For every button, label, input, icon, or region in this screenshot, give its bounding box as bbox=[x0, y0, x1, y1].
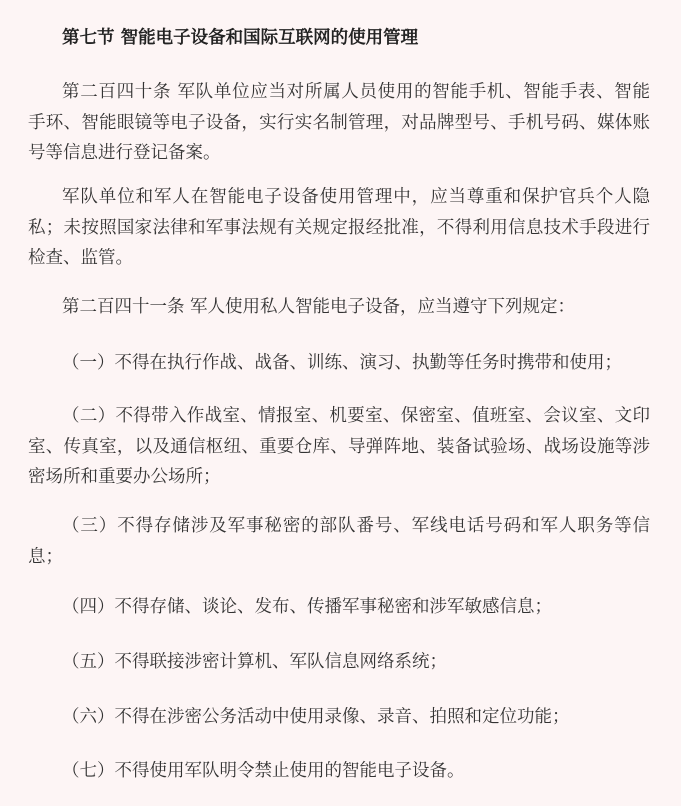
text-line: （三）不得存储涉及军事秘密的部队番号、军线电话号码和军人职务等信 bbox=[28, 511, 650, 542]
text-line: （六）不得在涉密公务活动中使用录像、录音、拍照和定位功能； bbox=[28, 702, 658, 733]
rule-item-2: （二）不得带入作战室、情报室、机要室、保密室、值班室、会议室、文印 室、传真室，… bbox=[28, 401, 658, 493]
rule-item-5: （五）不得联接涉密计算机、军队信息网络系统； bbox=[28, 647, 658, 678]
document-page: 第七节 智能电子设备和国际互联网的使用管理 第二百四十条 军队单位应当对所属人员… bbox=[0, 0, 681, 806]
text-line: （七）不得使用军队明令禁止使用的智能电子设备。 bbox=[28, 756, 658, 787]
rule-item-3: （三）不得存储涉及军事秘密的部队番号、军线电话号码和军人职务等信 息； bbox=[28, 511, 658, 572]
text-line: （二）不得带入作战室、情报室、机要室、保密室、值班室、会议室、文印 bbox=[28, 401, 650, 432]
text-line: 息； bbox=[28, 542, 658, 573]
text-line: （五）不得联接涉密计算机、军队信息网络系统； bbox=[28, 647, 658, 678]
text-line: 第二百四十条 军队单位应当对所属人员使用的智能手机、智能手表、智能 bbox=[28, 77, 650, 108]
article-241-paragraph: 第二百四十一条 军人使用私人智能电子设备，应当遵守下列规定： bbox=[28, 292, 658, 323]
text-line: 室、传真室，以及通信枢纽、重要仓库、导弹阵地、装备试验场、战场设施等涉 bbox=[28, 432, 650, 463]
text-line: 号等信息进行登记备案。 bbox=[28, 138, 658, 169]
text-line: 私；未按照国家法律和军事法规有关规定报经批准，不得利用信息技术手段进行 bbox=[28, 213, 650, 244]
text-line: 检查、监管。 bbox=[28, 243, 658, 274]
rule-item-6: （六）不得在涉密公务活动中使用录像、录音、拍照和定位功能； bbox=[28, 702, 658, 733]
rule-item-1: （一）不得在执行作战、战备、训练、演习、执勤等任务时携带和使用； bbox=[28, 348, 658, 379]
section-title: 第七节 智能电子设备和国际互联网的使用管理 bbox=[62, 26, 418, 50]
rule-item-4: （四）不得存储、谈论、发布、传播军事秘密和涉军敏感信息； bbox=[28, 592, 658, 623]
text-line: （一）不得在执行作战、战备、训练、演习、执勤等任务时携带和使用； bbox=[28, 348, 658, 379]
text-line: 密场所和重要办公场所； bbox=[28, 462, 658, 493]
rule-item-7: （七）不得使用军队明令禁止使用的智能电子设备。 bbox=[28, 756, 658, 787]
article-240-paragraph-1: 第二百四十条 军队单位应当对所属人员使用的智能手机、智能手表、智能 手环、智能眼… bbox=[28, 77, 658, 169]
text-line: 手环、智能眼镜等电子设备，实行实名制管理，对品牌型号、手机号码、媒体账 bbox=[28, 108, 650, 139]
text-line: 军队单位和军人在智能电子设备使用管理中，应当尊重和保护官兵个人隐 bbox=[28, 182, 650, 213]
article-240-paragraph-2: 军队单位和军人在智能电子设备使用管理中，应当尊重和保护官兵个人隐 私；未按照国家… bbox=[28, 182, 658, 274]
text-line: （四）不得存储、谈论、发布、传播军事秘密和涉军敏感信息； bbox=[28, 592, 658, 623]
text-line: 第二百四十一条 军人使用私人智能电子设备，应当遵守下列规定： bbox=[28, 292, 658, 323]
